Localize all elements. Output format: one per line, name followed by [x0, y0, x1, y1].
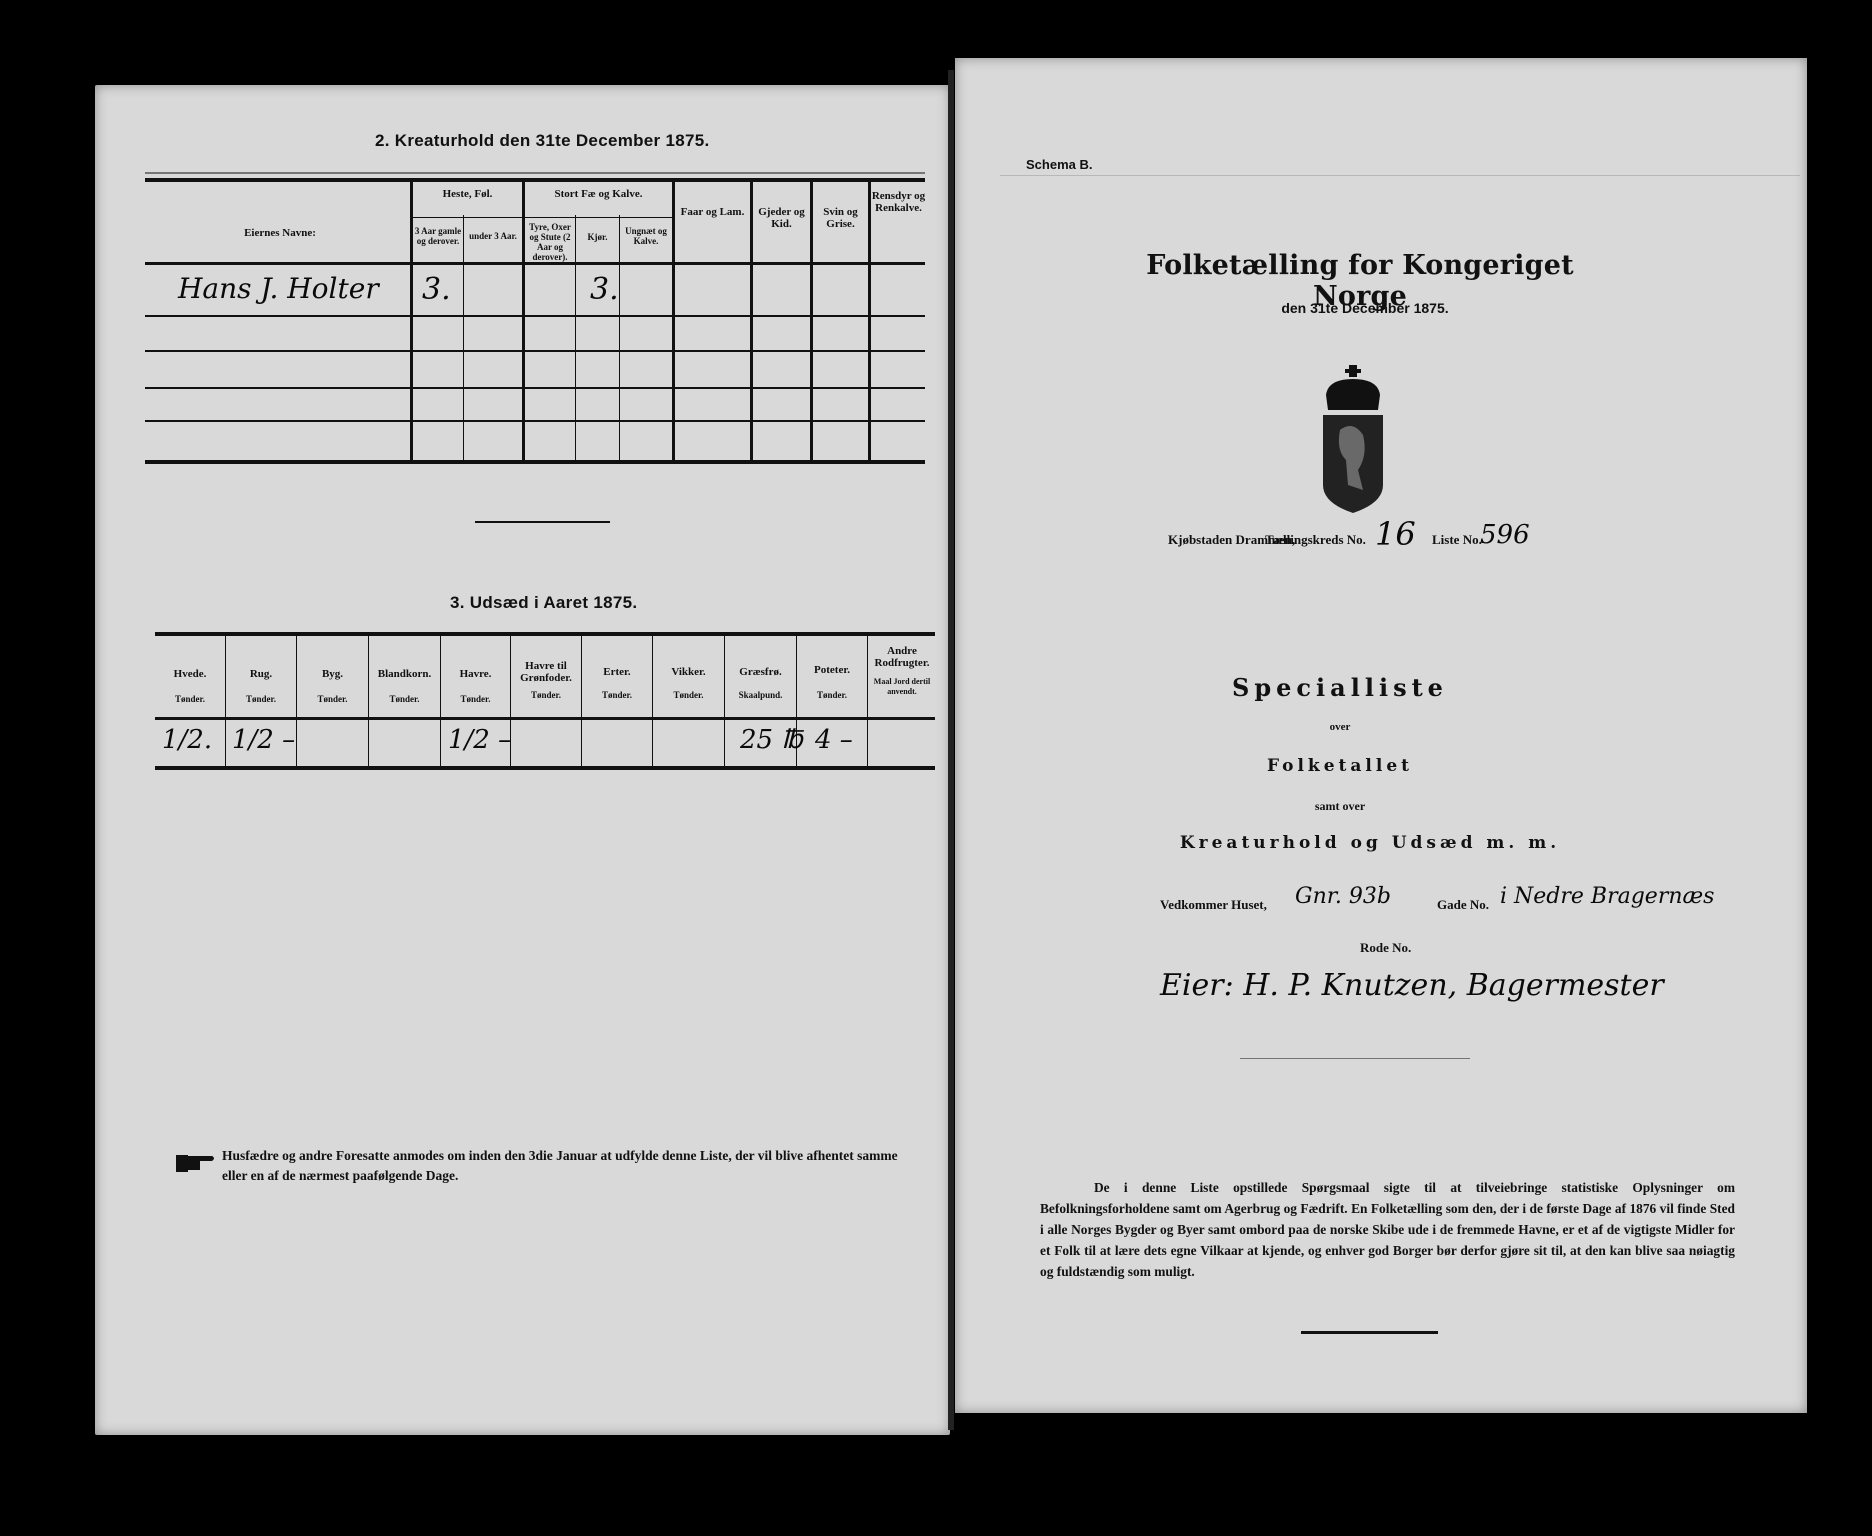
col-divider [581, 635, 582, 768]
col-divider [672, 178, 675, 463]
col-sheep: Faar og Lam. [675, 206, 750, 218]
col-divider [652, 635, 653, 768]
havre-value: 1/2 – [448, 725, 511, 755]
col-divider [724, 635, 725, 768]
norwegian-coat-of-arms-icon [1318, 365, 1388, 520]
schema-label: Schema B. [1026, 157, 1092, 172]
rode-label: Rode No. [1360, 940, 1411, 956]
col-andre-rodfrugter: Andre Rodfrugter. [868, 645, 936, 669]
subject-kreaturhold: Kreaturhold og Udsæd m. m. [1160, 833, 1580, 853]
col-divider [619, 215, 620, 463]
house-value: Gnr. 93b [1295, 884, 1391, 909]
section3-title: 3. Udsæd i Aaret 1875. [450, 593, 637, 613]
closing-rule [1301, 1331, 1438, 1334]
col-rug: Rug. [226, 668, 296, 680]
subheader-rule [413, 217, 672, 218]
poteter-value: 4 – [815, 725, 853, 755]
col-cattle-bulls: Tyre, Oxer og Stute (2 Aar og derover). [525, 222, 575, 262]
unit-label: Tønder. [441, 694, 510, 704]
unit-label: Tønder. [653, 690, 724, 700]
row-rule [145, 350, 925, 352]
col-hvede: Hvede. [155, 668, 225, 680]
col-horses: Heste, Føl. [413, 188, 522, 200]
col-reindeer: Rensdyr og Renkalve. [871, 190, 926, 214]
unit-label: Tønder. [511, 690, 581, 700]
col-owner: Eiernes Navne: [195, 227, 365, 239]
section2-title: 2. Kreaturhold den 31te December 1875. [375, 131, 710, 151]
instruction-paragraph: De i denne Liste opstillede Spørgsmaal s… [1040, 1177, 1735, 1282]
unit-label: Tønder. [297, 694, 368, 704]
district-label: Tællingskreds No. [1265, 532, 1366, 548]
document-date: den 31te December 1875. [1200, 300, 1530, 316]
unit-label: Tønder. [226, 694, 296, 704]
col-erter: Erter. [582, 666, 652, 678]
col-divider [868, 178, 871, 463]
unit-label: Skaalpund. [725, 690, 796, 700]
col-vikker: Vikker. [653, 666, 724, 678]
table-top-rule [155, 632, 935, 636]
col-graesfro: Græsfrø. [725, 666, 796, 678]
col-cattle-young: Ungnæt og Kalve. [620, 226, 672, 246]
unit-label: Tønder. [797, 690, 867, 700]
faded-column-rule [1000, 175, 1800, 176]
col-divider [410, 178, 413, 463]
unit-label: Tønder. [582, 690, 652, 700]
table-top-rule [145, 178, 925, 182]
hvede-value: 1/2. [162, 725, 212, 755]
owner-name: Hans J. Holter [178, 272, 379, 305]
col-cattle-cows: Kjør. [576, 232, 619, 242]
row-rule [145, 315, 925, 317]
col-cattle: Stort Fæ og Kalve. [525, 188, 672, 200]
col-havre: Havre. [441, 668, 510, 680]
row-rule [145, 387, 925, 389]
rule [1240, 1058, 1470, 1059]
over-label: over [1280, 721, 1400, 733]
notice-text: Husfædre og andre Foresatte anmodes om i… [222, 1146, 922, 1186]
list-value: 596 [1480, 520, 1530, 550]
street-value: i Nedre Bragernæs [1500, 884, 1714, 909]
table-bottom-rule [145, 460, 925, 464]
horses-3plus-value: 3. [422, 272, 451, 307]
book-gutter [948, 70, 954, 1430]
rule [145, 172, 925, 174]
col-pigs: Svin og Grise. [813, 206, 868, 230]
col-poteter: Poteter. [797, 664, 867, 676]
list-label: Liste No. [1432, 532, 1482, 548]
street-label: Gade No. [1437, 897, 1489, 913]
subject-folketallet: Folketallet [1220, 756, 1460, 776]
header-bottom-rule [145, 262, 925, 265]
pointing-hand-icon [176, 1152, 216, 1174]
col-horses-3plus: 3 Aar gamle og derover. [413, 226, 463, 246]
separator-rule [475, 521, 610, 523]
col-havre-gronfoder: Havre til Grønfoder. [511, 660, 581, 684]
table-bottom-rule [155, 766, 935, 770]
owner-value: Eier: H. P. Knutzen, Bagermester [1160, 968, 1664, 1003]
col-blandkorn: Blandkorn. [369, 668, 440, 680]
unit-label: Maal Jord dertil anvendt. [868, 677, 936, 697]
col-divider [575, 215, 576, 463]
rug-value: 1/2 – [232, 725, 295, 755]
row-rule [145, 420, 925, 422]
col-divider [463, 215, 464, 463]
col-goats: Gjeder og Kid. [753, 206, 810, 230]
header-bottom-rule [155, 717, 935, 720]
samt-over-label: samt over [1280, 799, 1400, 814]
house-label: Vedkommer Huset, [1160, 897, 1267, 913]
unit-label: Tønder. [369, 694, 440, 704]
heading-specialliste: Specialliste [1180, 673, 1500, 702]
col-divider [522, 178, 525, 463]
unit-label: Tønder. [155, 694, 225, 704]
col-horses-under3: under 3 Aar. [464, 231, 522, 241]
col-byg: Byg. [297, 668, 368, 680]
cows-value: 3. [590, 272, 619, 307]
district-value: 16 [1375, 515, 1416, 553]
graesfro-value: 25 ℔ [740, 725, 803, 755]
